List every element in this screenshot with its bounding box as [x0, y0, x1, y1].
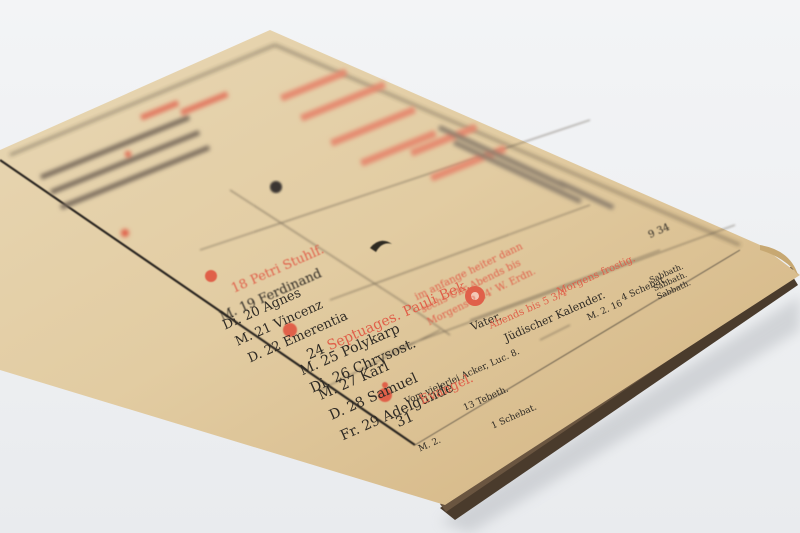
weekday: M.	[297, 357, 321, 379]
bottom-value: 1 Schebat.	[490, 403, 538, 432]
day-number: 18	[229, 276, 250, 296]
day-number: 29	[360, 413, 383, 435]
bottom-month-label: M. 2.	[417, 436, 443, 455]
tebeth-label: 13 Tebeth.	[462, 385, 510, 414]
bottom-value: M. 2.	[417, 436, 443, 455]
day-number: 21	[253, 320, 274, 340]
weekday: D.	[246, 347, 265, 366]
weekday: M.	[233, 329, 255, 350]
day-number: 22	[262, 338, 283, 358]
schebat-bottom-label: 1 Schebat.	[490, 403, 538, 432]
right-box-value: 9 34	[647, 222, 672, 241]
day-number: 28	[345, 394, 368, 416]
calendar-text-layer: 18 Petri Stuhlf. M. 19 Ferdinand Di. 20 …	[0, 0, 800, 533]
bottom-value: 13 Tebeth.	[462, 385, 510, 414]
weekday: D.	[327, 403, 347, 424]
weekday: Fr.	[338, 422, 362, 444]
box-value: 9 34	[647, 222, 672, 241]
sabbath-list: Sabbath. Sabbath. Sabbath.	[648, 262, 692, 301]
